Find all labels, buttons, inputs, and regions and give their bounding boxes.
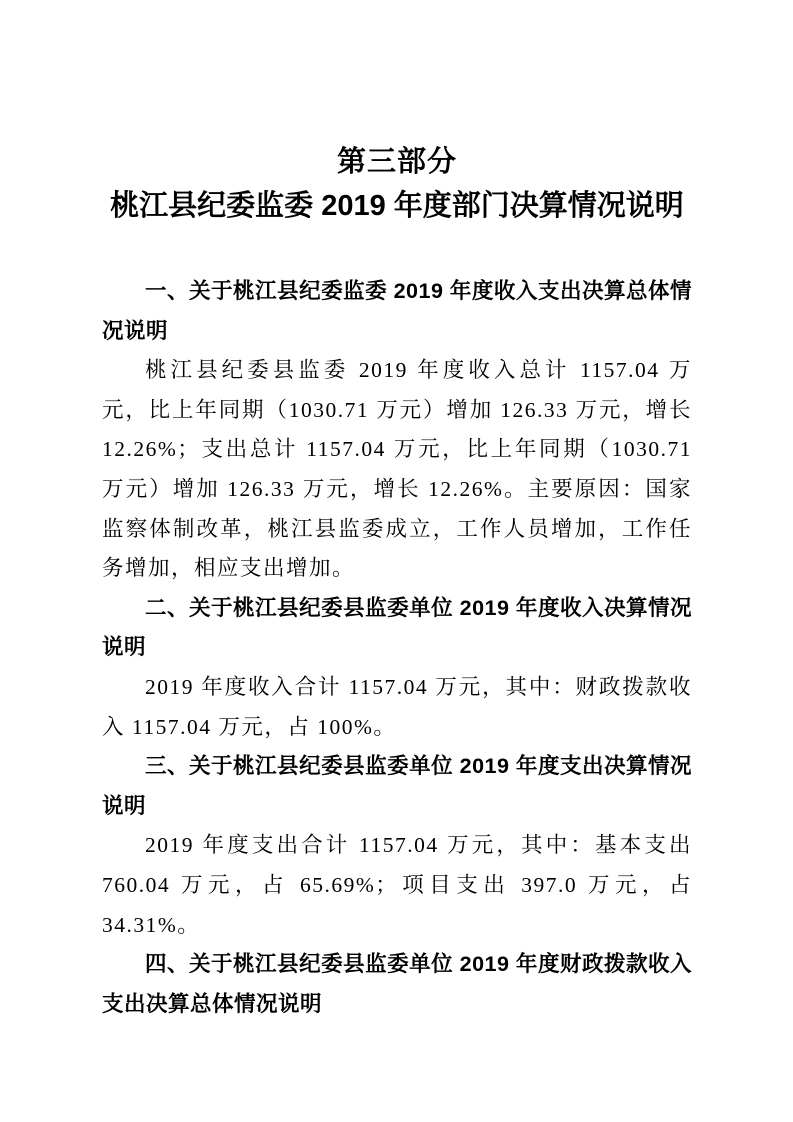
section-4-heading: 四、关于桃江县纪委县监委单位 2019 年度财政拨款收入支出决算总体情况说明 bbox=[102, 945, 692, 1024]
section-2: 二、关于桃江县纪委县监委单位 2019 年度收入决算情况说明 2019 年度收入… bbox=[102, 589, 692, 747]
section-2-heading: 二、关于桃江县纪委县监委单位 2019 年度收入决算情况说明 bbox=[102, 589, 692, 668]
section-3-paragraph: 2019 年度支出合计 1157.04 万元，其中：基本支出 760.04 万元… bbox=[102, 826, 692, 945]
section-1: 一、关于桃江县纪委监委 2019 年度收入支出决算总体情况说明 桃江县纪委县监委… bbox=[102, 272, 692, 589]
section-1-heading: 一、关于桃江县纪委监委 2019 年度收入支出决算总体情况说明 bbox=[102, 272, 692, 351]
document-title: 桃江县纪委监委 2019 年度部门决算情况说明 bbox=[102, 186, 692, 226]
section-2-paragraph: 2019 年度收入合计 1157.04 万元，其中：财政拨款收入 1157.04… bbox=[102, 668, 692, 747]
document-part-title: 第三部分 bbox=[102, 142, 692, 182]
section-4: 四、关于桃江县纪委县监委单位 2019 年度财政拨款收入支出决算总体情况说明 bbox=[102, 945, 692, 1024]
document-page: 第三部分 桃江县纪委监委 2019 年度部门决算情况说明 一、关于桃江县纪委监委… bbox=[0, 0, 793, 1122]
section-3-heading: 三、关于桃江县纪委县监委单位 2019 年度支出决算情况说明 bbox=[102, 747, 692, 826]
section-3: 三、关于桃江县纪委县监委单位 2019 年度支出决算情况说明 2019 年度支出… bbox=[102, 747, 692, 945]
section-1-paragraph: 桃江县纪委县监委 2019 年度收入总计 1157.04 万元，比上年同期（10… bbox=[102, 351, 692, 589]
document-body: 一、关于桃江县纪委监委 2019 年度收入支出决算总体情况说明 桃江县纪委县监委… bbox=[102, 272, 692, 1024]
